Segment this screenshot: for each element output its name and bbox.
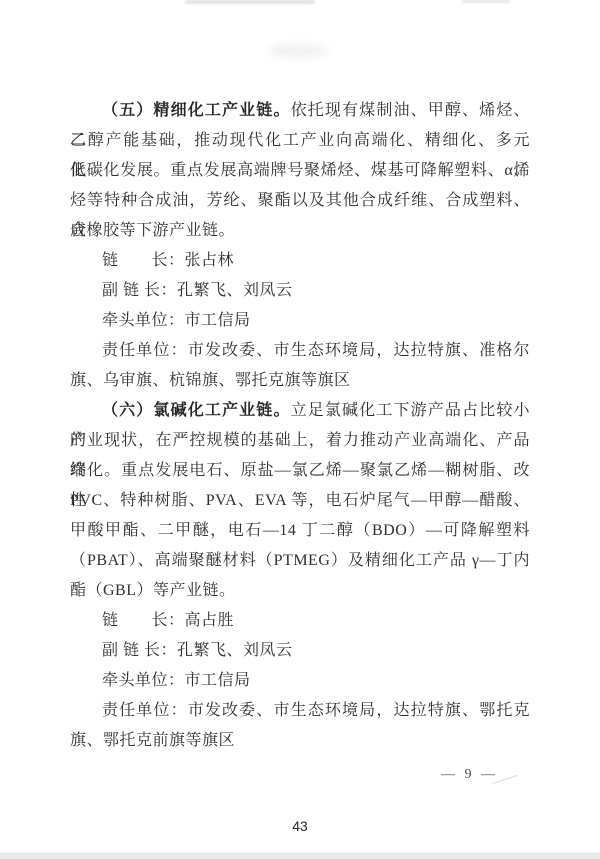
text-line: （PBAT）、高端聚醚材料（PTMEG）及精细化工产品 γ—丁内	[70, 546, 530, 576]
section-heading: （六）氯碱化工产业链。	[102, 402, 291, 419]
text-line: PVC、特种树脂、PVA、EVA 等，电石炉尾气—甲醇—醋酸、	[70, 486, 530, 516]
text-line: 牵头单位：市工信局	[70, 306, 530, 336]
scanned-page: （五）精细化工产业链。依托现有煤制油、甲醇、烯烃、乙二醇产能基础，推动现代化工产…	[0, 0, 600, 859]
line-text: 低碳化发展。重点发展高端牌号聚烯烃、煤基可降解塑料、α烯	[70, 162, 530, 179]
section-heading: （五）精细化工产业链。	[102, 102, 291, 119]
text-line: 旗、乌审旗、杭锦旗、鄂托克旗等旗区	[70, 366, 530, 396]
line-text: PVC、特种树脂、PVA、EVA 等，电石炉尾气—甲醇—醋酸、	[70, 492, 530, 509]
line-text: 牵头单位：市工信局	[102, 312, 251, 329]
line-text: （PBAT）、高端聚醚材料（PTMEG）及精细化工产品 γ—丁内	[70, 552, 530, 569]
text-line: 烃等特种合成油，芳纶、聚酯以及其他合成纤维、合成塑料、合	[70, 186, 530, 216]
text-line: 成橡胶等下游产业链。	[70, 216, 530, 246]
line-text: 旗、乌审旗、杭锦旗、鄂托克旗等旗区	[70, 372, 351, 389]
text-line: 责任单位：市发改委、市生态环境局，达拉特旗、鄂托克	[70, 696, 530, 726]
text-line: 低碳化发展。重点发展高端牌号聚烯烃、煤基可降解塑料、α烯	[70, 156, 530, 186]
viewer-page-label: 43	[0, 818, 600, 834]
text-line: 旗、鄂托克前旗等旗区	[70, 726, 530, 756]
text-line: 甲酸甲酯、二甲醚，电石—14 丁二醇（BDO）—可降解塑料	[70, 516, 530, 546]
scan-artifact	[268, 44, 328, 58]
page-edge-shadow	[0, 852, 600, 859]
text-line: 链 长：张占林	[70, 246, 530, 276]
text-line: 责任单位：市发改委、市生态环境局，达拉特旗、准格尔	[70, 336, 530, 366]
text-line: 二醇产能基础，推动现代化工产业向高端化、精细化、多元化、	[70, 126, 530, 156]
line-text: 链 长：张占林	[102, 252, 234, 269]
text-line: 酯（GBL）等产业链。	[70, 576, 530, 606]
text-line: 牵头单位：市工信局	[70, 666, 530, 696]
text-line: 链 长：高占胜	[70, 606, 530, 636]
line-text: 副 链 长：孔繁飞、刘凤云	[102, 282, 293, 299]
text-line: 副 链 长：孔繁飞、刘凤云	[70, 636, 530, 666]
line-text: 链 长：高占胜	[102, 612, 234, 629]
scan-artifact	[462, 0, 510, 3]
line-text: 责任单位：市发改委、市生态环境局，达拉特旗、鄂托克	[102, 702, 530, 719]
text-line: （五）精细化工产业链。依托现有煤制油、甲醇、烯烃、乙	[70, 96, 530, 126]
line-text: 旗、鄂托克前旗等旗区	[70, 732, 235, 749]
text-line: （六）氯碱化工产业链。立足氯碱化工下游产品占比较小的	[70, 396, 530, 426]
line-text: 牵头单位：市工信局	[102, 672, 251, 689]
document-body: （五）精细化工产业链。依托现有煤制油、甲醇、烯烃、乙二醇产能基础，推动现代化工产…	[70, 96, 530, 756]
text-line: 产业现状，在严控规模的基础上，着力推动产业高端化、产品终	[70, 426, 530, 456]
line-text: 成橡胶等下游产业链。	[70, 222, 235, 239]
line-text: 副 链 长：孔繁飞、刘凤云	[102, 642, 293, 659]
text-line: 端化。重点发展电石、原盐—氯乙烯—聚氯乙烯—糊树脂、改性	[70, 456, 530, 486]
line-text: 甲酸甲酯、二甲醚，电石—14 丁二醇（BDO）—可降解塑料	[70, 522, 530, 539]
line-text: 酯（GBL）等产业链。	[70, 582, 236, 599]
line-text: 责任单位：市发改委、市生态环境局，达拉特旗、准格尔	[102, 342, 530, 359]
text-line: 副 链 长：孔繁飞、刘凤云	[70, 276, 530, 306]
page-number-footer: — 9 —	[441, 767, 501, 783]
scan-artifact	[185, 0, 315, 4]
